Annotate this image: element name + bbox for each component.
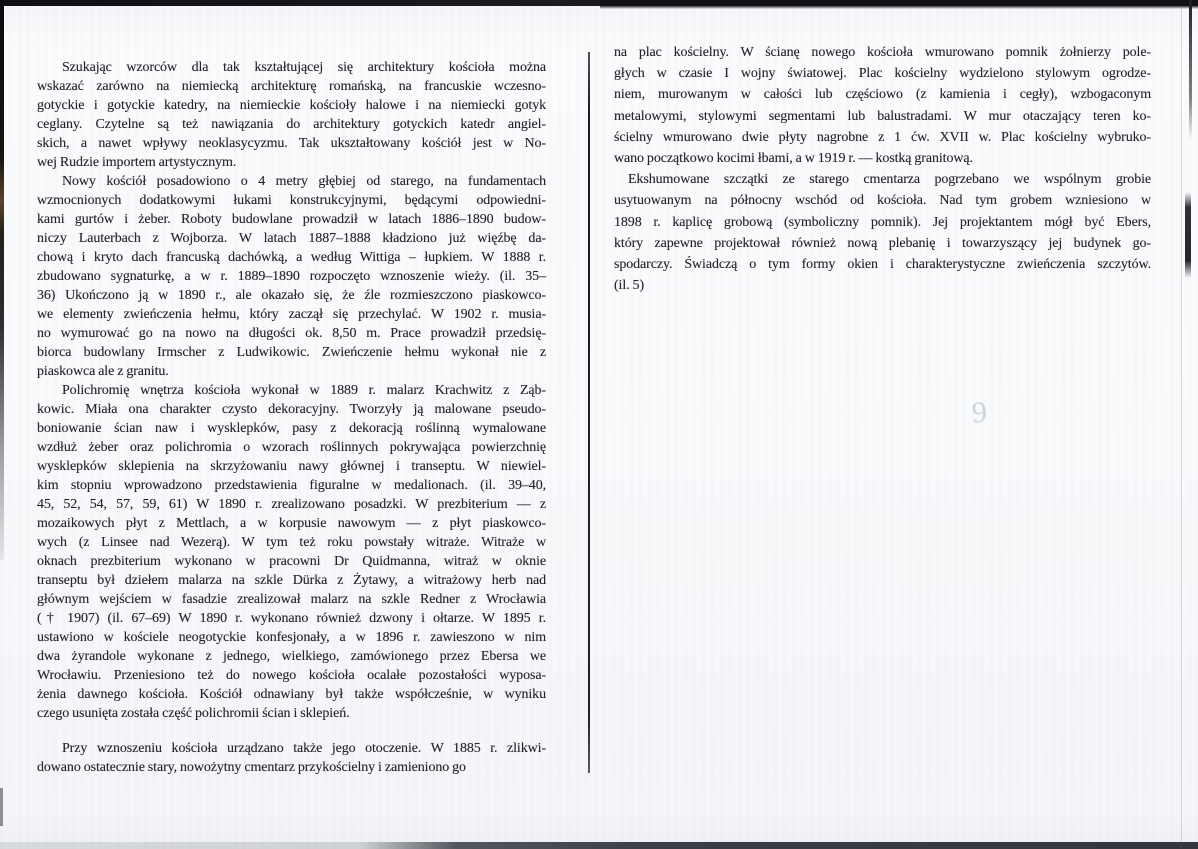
text-line: Przy wznoszeniu kościoła urządzano także… (37, 739, 546, 758)
text-line: oknach prezbiterium wykonano w pracowni … (37, 552, 546, 571)
paragraph: na plac kościelny. W ścianę nowego kości… (614, 42, 1151, 169)
text-line: niczy Lauterbach z Wojborza. W latach 18… (37, 229, 546, 248)
text-line: transeptu był dziełem malarza na szkle D… (37, 571, 546, 590)
text-line: biorca budowlany Irmscher z Ludwikowic. … (37, 343, 546, 362)
text-line: spodarczy. Świadczą o tym formy okien i … (614, 254, 1151, 275)
text-line: zbudowano sygnaturkę, a w r. 1889–1890 r… (37, 267, 546, 286)
scan-artifact-top-right-edge (600, 0, 1198, 9)
text-line: czego usunięta została część polichromii… (37, 704, 546, 723)
text-line: Ekshumowane szczątki ze starego cmentarz… (614, 169, 1151, 190)
paragraph: Szukając wzorców dla tak kształtującej s… (37, 58, 546, 172)
scanned-page: Szukając wzorców dla tak kształtującej s… (0, 0, 1198, 849)
text-line: na plac kościelny. W ścianę nowego kości… (614, 42, 1151, 63)
text-line: dwa żyrandole wykonane z jednego, wielki… (37, 647, 546, 666)
text-line: usytuowanym na północny wschód od kościo… (614, 190, 1151, 211)
text-line: Polichromię wnętrza kościoła wykonał w 1… (37, 381, 546, 400)
text-line: wano początkowo kocimi łbami, a w 1919 r… (614, 148, 1151, 169)
text-line: wysklepków sklepienia na skrzyżowaniu na… (37, 457, 546, 476)
paragraph: Nowy kościół posadowiono o 4 metry głębi… (37, 172, 546, 381)
text-line: piaskowca ale z granitu. (37, 362, 546, 381)
text-line: boniowanie ścian naw i wysklepków, pasy … (37, 419, 546, 438)
text-line: gotyckie i gotyckie katedry, na niemieck… (37, 96, 546, 115)
text-line: głównym wejściem w fasadzie zrealizował … (37, 590, 546, 609)
text-line: ścielny wmurowano dwie płyty nagrobne z … (614, 127, 1151, 148)
paragraph: Przy wznoszeniu kościoła urządzano także… (37, 739, 546, 777)
pencil-mark: 9 (971, 397, 989, 428)
text-line: ustawiono w kościele neogotyckie konfesj… (37, 628, 546, 647)
text-line: Nowy kościół posadowiono o 4 metry głębi… (37, 172, 546, 191)
text-line: mozaikowych płyt z Mettlach, a w korpusi… (37, 514, 546, 533)
text-line: wej Rudzie importem artystycznym. (37, 153, 546, 172)
text-line: († 1907) (il. 67–69) W 1890 r. wykonano … (37, 609, 546, 628)
text-line: kim stopniu wprowadzono przedstawienia f… (37, 476, 546, 495)
text-line: wskazać zarówno na niemiecką architektur… (37, 77, 546, 96)
scan-artifact-left-bottom-edge (0, 788, 3, 826)
text-line: wzmocnionych dodatkowymi łukami konstruk… (37, 191, 546, 210)
text-line: chową i kryto dach francuską dachówką, a… (37, 248, 546, 267)
text-line: we elementy zwieńczenia hełmu, który zac… (37, 305, 546, 324)
scan-artifact-right-edge-mid (1185, 192, 1191, 278)
column-divider (588, 52, 590, 773)
left-text-column: Szukając wzorców dla tak kształtującej s… (37, 58, 546, 777)
text-line: głych w czasie I wojny światowej. Plac k… (614, 63, 1151, 84)
text-line: wzdłuż żeber oraz polichromia o wzorach … (37, 438, 546, 457)
text-line: żenia dawnego kościoła. Kościół odnawian… (37, 685, 546, 704)
text-line: 45, 52, 54, 57, 59, 61) W 1890 r. zreali… (37, 495, 546, 514)
text-line: dowano ostatecznie stary, nowożytny cmen… (37, 758, 546, 777)
scan-artifact-right-seam (1181, 0, 1182, 849)
paragraph: Polichromię wnętrza kościoła wykonał w 1… (37, 381, 546, 723)
right-text-column: na plac kościelny. W ścianę nowego kości… (614, 42, 1151, 296)
text-line: 36) Ukończono ją w 1890 r., ale okazało … (37, 286, 546, 305)
text-line: metalowymi, stylowymi segmentami lub bal… (614, 106, 1151, 127)
text-line: kami gurtów i żeber. Roboty budowlane pr… (37, 210, 546, 229)
text-line: (il. 5) (614, 275, 1151, 296)
text-line: no wymurować go na nowo na długości ok. … (37, 324, 546, 343)
text-line: 1898 r. kaplicę grobową (symboliczny pom… (614, 212, 1151, 233)
text-line: Wrocławiu. Przeniesiono też do nowego ko… (37, 666, 546, 685)
paragraph: Ekshumowane szczątki ze starego cmentarz… (614, 169, 1151, 296)
text-line: który zapewne projektował również nową p… (614, 233, 1151, 254)
text-line: Szukając wzorców dla tak kształtującej s… (37, 58, 546, 77)
scan-artifact-left-edge (0, 0, 4, 560)
scan-artifact-bottom-edge (0, 842, 1198, 849)
text-line: kowic. Miała ona charakter czysto dekora… (37, 400, 546, 419)
text-line: wych (z Linsee nad Wezerą). W tym też ro… (37, 533, 546, 552)
text-line: ceglany. Czytelne są też nawiązania do a… (37, 115, 546, 134)
text-line: skich, a nawet wpływy neoklasycyzmu. Tak… (37, 134, 546, 153)
text-line: niem, murowanym w całości lub częściowo … (614, 84, 1151, 105)
scan-artifact-right-edge-top (1189, 0, 1192, 140)
